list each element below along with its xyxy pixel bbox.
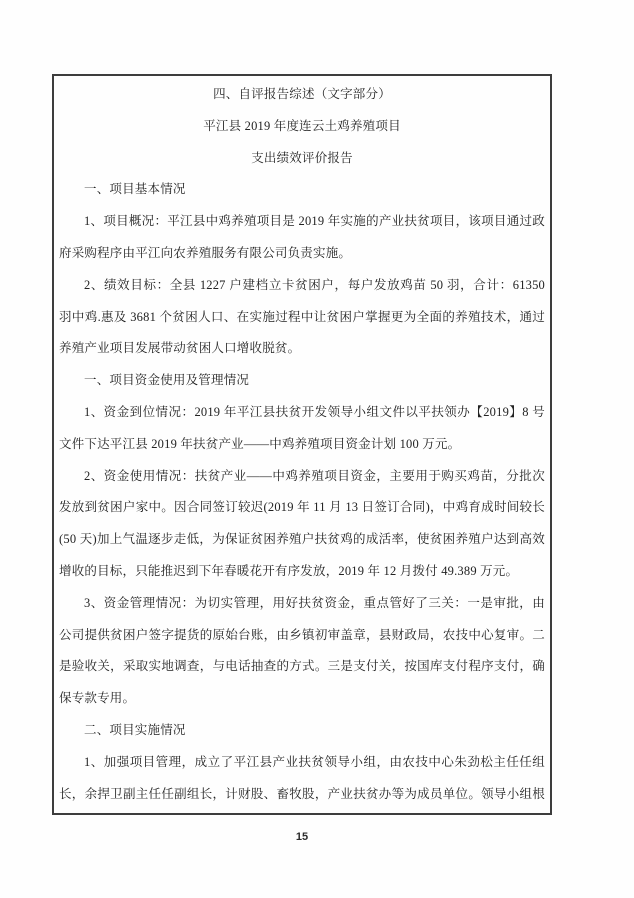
page-number: 15 (52, 831, 552, 843)
paragraph-fund-management: 3、资金管理情况：为切实管理，用好扶贫资金，重点管好了三关：一是审批，由公司提供… (59, 588, 545, 715)
heading-implementation: 二、项目实施情况 (59, 715, 545, 747)
paragraph-project-management: 1、加强项目管理，成立了平江县产业扶贫领导小组，由农技中心朱劲松主任任组长，余捍… (59, 747, 545, 815)
paragraph-fund-arrival: 1、资金到位情况：2019 年平江县扶贫开发领导小组文件以平扶领办【2019】8… (59, 397, 545, 461)
report-subtitle: 支出绩效评价报告 (59, 143, 545, 175)
report-section-title: 四、自评报告综述（文字部分） (59, 79, 545, 111)
report-border-box: 四、自评报告综述（文字部分） 平江县 2019 年度连云土鸡养殖项目 支出绩效评… (52, 74, 552, 815)
paragraph-fund-usage: 2、资金使用情况：扶贫产业——中鸡养殖项目资金，主要用于购买鸡苗，分批次发放到贫… (59, 461, 545, 588)
heading-fund-usage: 一、项目资金使用及管理情况 (59, 365, 545, 397)
report-project-title: 平江县 2019 年度连云土鸡养殖项目 (59, 111, 545, 143)
paragraph-performance-goal: 2、绩效目标：全县 1227 户建档立卡贫困户，每户发放鸡苗 50 羽，合计：6… (59, 270, 545, 365)
heading-project-basic-info: 一、项目基本情况 (59, 174, 545, 206)
scanned-report-page: 四、自评报告综述（文字部分） 平江县 2019 年度连云土鸡养殖项目 支出绩效评… (0, 0, 634, 898)
paragraph-project-overview: 1、项目概况：平江县中鸡养殖项目是 2019 年实施的产业扶贫项目，该项目通过政… (59, 206, 545, 270)
